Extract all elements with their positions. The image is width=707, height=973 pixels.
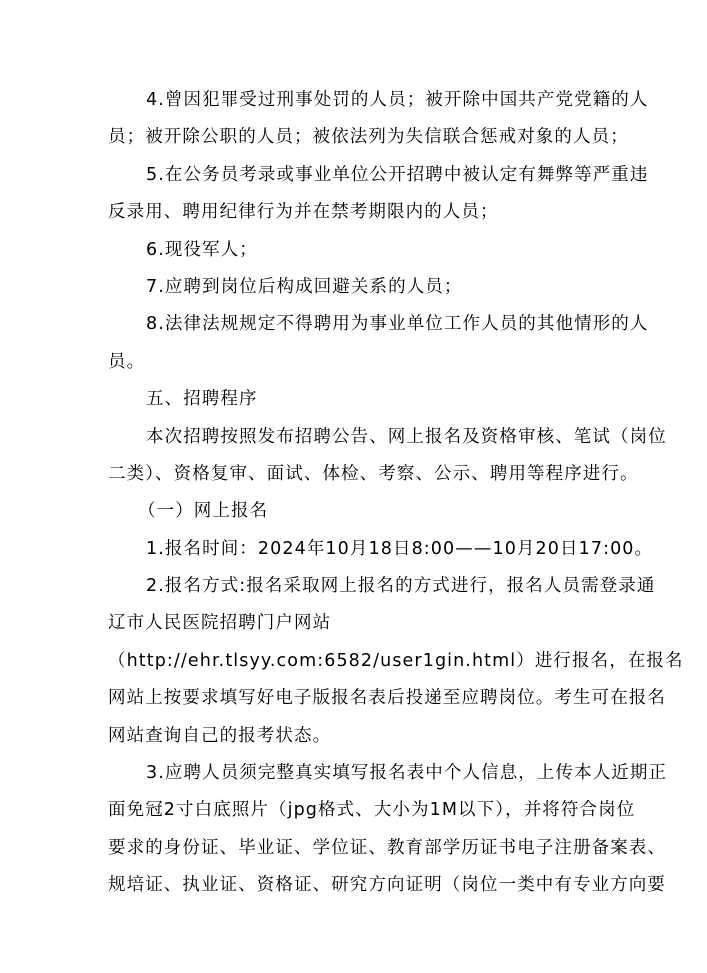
paragraph-applicant-info-line-1: 3.应聘人员须完整真实填写报名表中个人信息，上传本人近期正 [108,755,606,792]
paragraph-applicant-info-line-2: 面免冠2寸白底照片（jpg格式、大小为1M以下），并将符合岗位 [108,792,606,829]
paragraph-item-5-line-1: 5.在公务员考录或事业单位公开招聘中被认定有舞弊等严重违 [108,157,606,194]
paragraph-registration-method-line-4: 网站上按要求填写好电子版报名表后投递至应聘岗位。考生可在报名 [108,680,606,717]
paragraph-item-5-line-2: 反录用、聘用纪律行为并在禁考期限内的人员； [108,194,606,231]
paragraph-registration-time: 1.报名时间：2024年10月18日8:00——10月20日17:00。 [108,531,606,568]
paragraph-item-4-line-2: 员；被开除公职的人员；被依法列为失信联合惩戒对象的人员； [108,119,606,156]
paragraph-registration-method-line-1: 2.报名方式:报名采取网上报名的方式进行，报名人员需登录通 [108,568,606,605]
subsection-heading-online-registration: （一）网上报名 [108,493,606,530]
paragraph-applicant-info-line-3: 要求的身份证、毕业证、学位证、教育部学历证书电子注册备案表、 [108,830,606,867]
paragraph-applicant-info-line-4: 规培证、执业证、资格证、研究方向证明（岗位一类中有专业方向要 [108,867,606,904]
paragraph-item-8-line-2: 员。 [108,344,606,381]
paragraph-procedure-line-1: 本次招聘按照发布招聘公告、网上报名及资格审核、笔试（岗位 [108,419,606,456]
paragraph-item-7: 7.应聘到岗位后构成回避关系的人员； [108,269,606,306]
paragraph-procedure-line-2: 二类）、资格复审、面试、体检、考察、公示、聘用等程序进行。 [108,456,606,493]
paragraph-registration-method-line-2: 辽市人民医院招聘门户网站 [108,605,606,642]
paragraph-item-8-line-1: 8.法律法规规定不得聘用为事业单位工作人员的其他情形的人 [108,306,606,343]
paragraph-registration-method-line-5: 网站查询自己的报考状态。 [108,718,606,755]
document-page: 4.曾因犯罪受过刑事处罚的人员；被开除中国共产党党籍的人 员；被开除公职的人员；… [108,82,606,905]
section-heading-recruitment-procedure: 五、招聘程序 [108,381,606,418]
paragraph-item-4-line-1: 4.曾因犯罪受过刑事处罚的人员；被开除中国共产党党籍的人 [108,82,606,119]
paragraph-registration-url-line: （http://ehr.tlsyy.com:6582/user1gin.html… [108,643,606,680]
paragraph-item-6: 6.现役军人； [108,232,606,269]
